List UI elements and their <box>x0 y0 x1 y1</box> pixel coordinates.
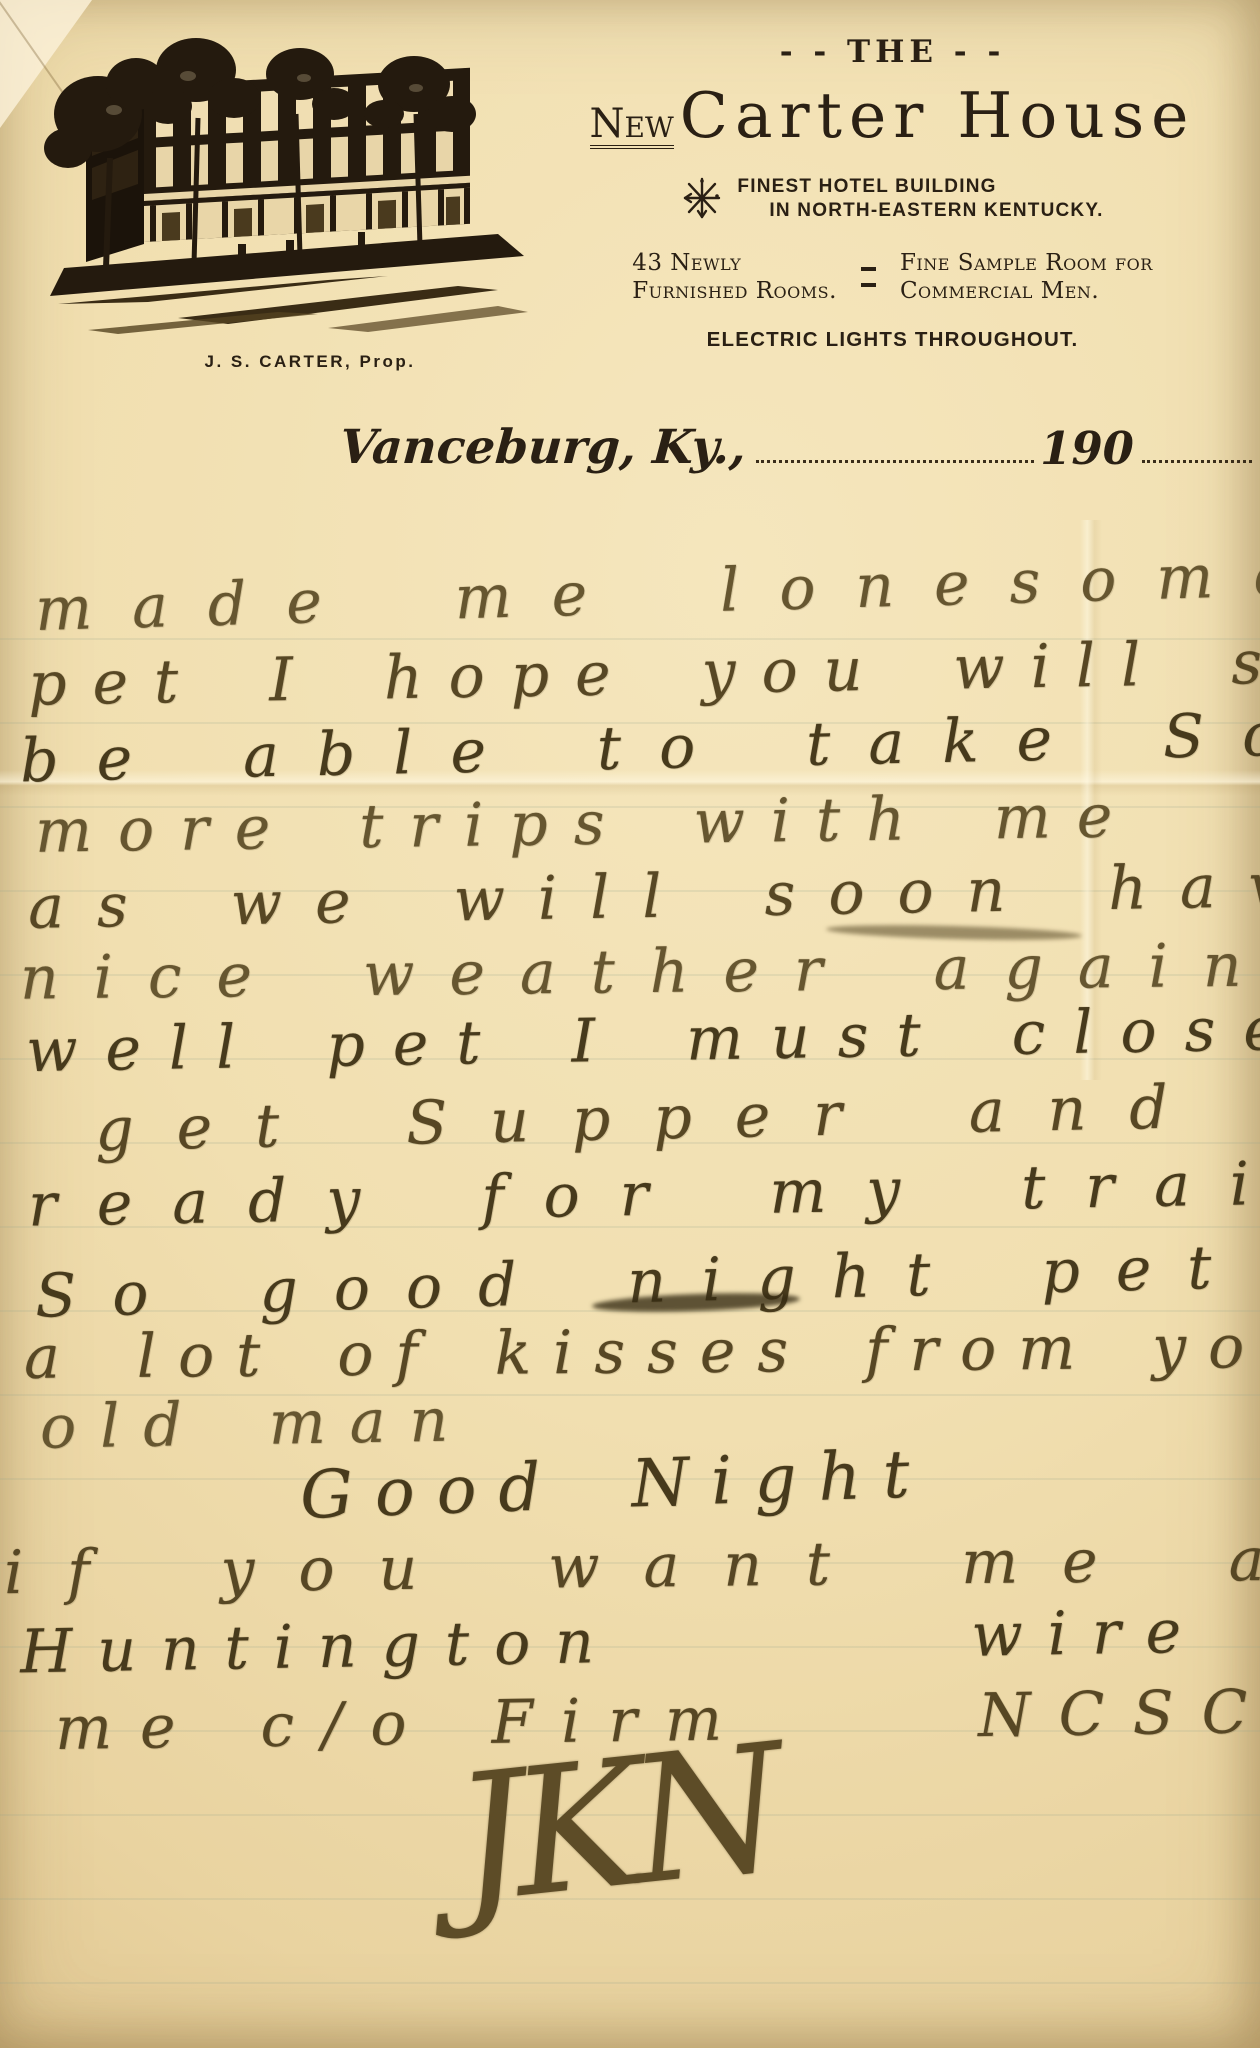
separator-dash <box>861 267 876 271</box>
dateline-city: Vanceburg, Ky., <box>338 424 747 471</box>
scanned-letter-page: { "letterhead": { "the_line": "- - THE -… <box>0 0 1260 2048</box>
tagline-line-2: IN NORTH-EASTERN KENTUCKY. <box>737 199 1103 223</box>
handwriting-line: get Supper and be <box>95 1072 1260 1160</box>
handwriting-line: old man <box>40 1390 473 1458</box>
feature-left-line-2: Furnished Rooms. <box>632 277 837 306</box>
dateline: Vanceburg, Ky., 190 <box>340 424 1252 471</box>
feature-separator <box>861 267 876 287</box>
handwriting-line: pet I hope you will soon <box>28 629 1260 714</box>
hotel-name-prefix: New <box>590 104 674 149</box>
handwriting-line: Huntington wire <box>20 1602 1207 1683</box>
handwriting-line: as we will soon have <box>28 854 1260 938</box>
feature-right: Fine Sample Room for Commercial Men. <box>900 249 1153 307</box>
proprietor-label: J. S. CARTER, Prop. <box>150 352 470 372</box>
feature-left: 43 Newly Furnished Rooms. <box>632 249 837 307</box>
tagline-row: FINEST HOTEL BUILDING IN NORTH-EASTERN K… <box>560 175 1225 223</box>
dateline-dotted-rule <box>756 459 1034 463</box>
electric-lights-line: ELECTRIC LIGHTS THROUGHOUT. <box>560 328 1225 352</box>
handwriting-line: ready for my train <box>28 1152 1260 1235</box>
feature-right-line-1: Fine Sample Room for <box>900 249 1153 278</box>
dateline-dotted-rule-end <box>1142 459 1252 463</box>
handwriting-line: Good Night <box>299 1441 932 1529</box>
feature-right-line-2: Commercial Men. <box>900 277 1153 306</box>
tagline: FINEST HOTEL BUILDING IN NORTH-EASTERN K… <box>737 175 1103 223</box>
hotel-name: NewCarter House <box>560 84 1225 149</box>
signature: JKN <box>447 1722 782 1929</box>
handwriting-line: more trips with me <box>35 786 1139 861</box>
dateline-year: 190 <box>1040 426 1134 471</box>
tagline-line-1: FINEST HOTEL BUILDING <box>737 175 1103 199</box>
hotel-building-illustration <box>28 18 548 350</box>
letterhead-text-block: - - THE - - NewCarter House FINEST HOTE <box>560 34 1225 352</box>
hotel-name-main: Carter House <box>680 79 1196 152</box>
handwriting-line: if you want me at <box>4 1529 1260 1603</box>
sunburst-icon <box>681 175 723 221</box>
features-row: 43 Newly Furnished Rooms. Fine Sample Ro… <box>560 249 1225 307</box>
the-line: - - THE - - <box>560 34 1225 70</box>
feature-left-line-1: 43 Newly <box>632 249 837 278</box>
separator-dash <box>861 283 876 287</box>
handwriting-line: a lot of kisses from your <box>24 1316 1260 1388</box>
handwriting-line: made me lonesome <box>34 544 1260 640</box>
